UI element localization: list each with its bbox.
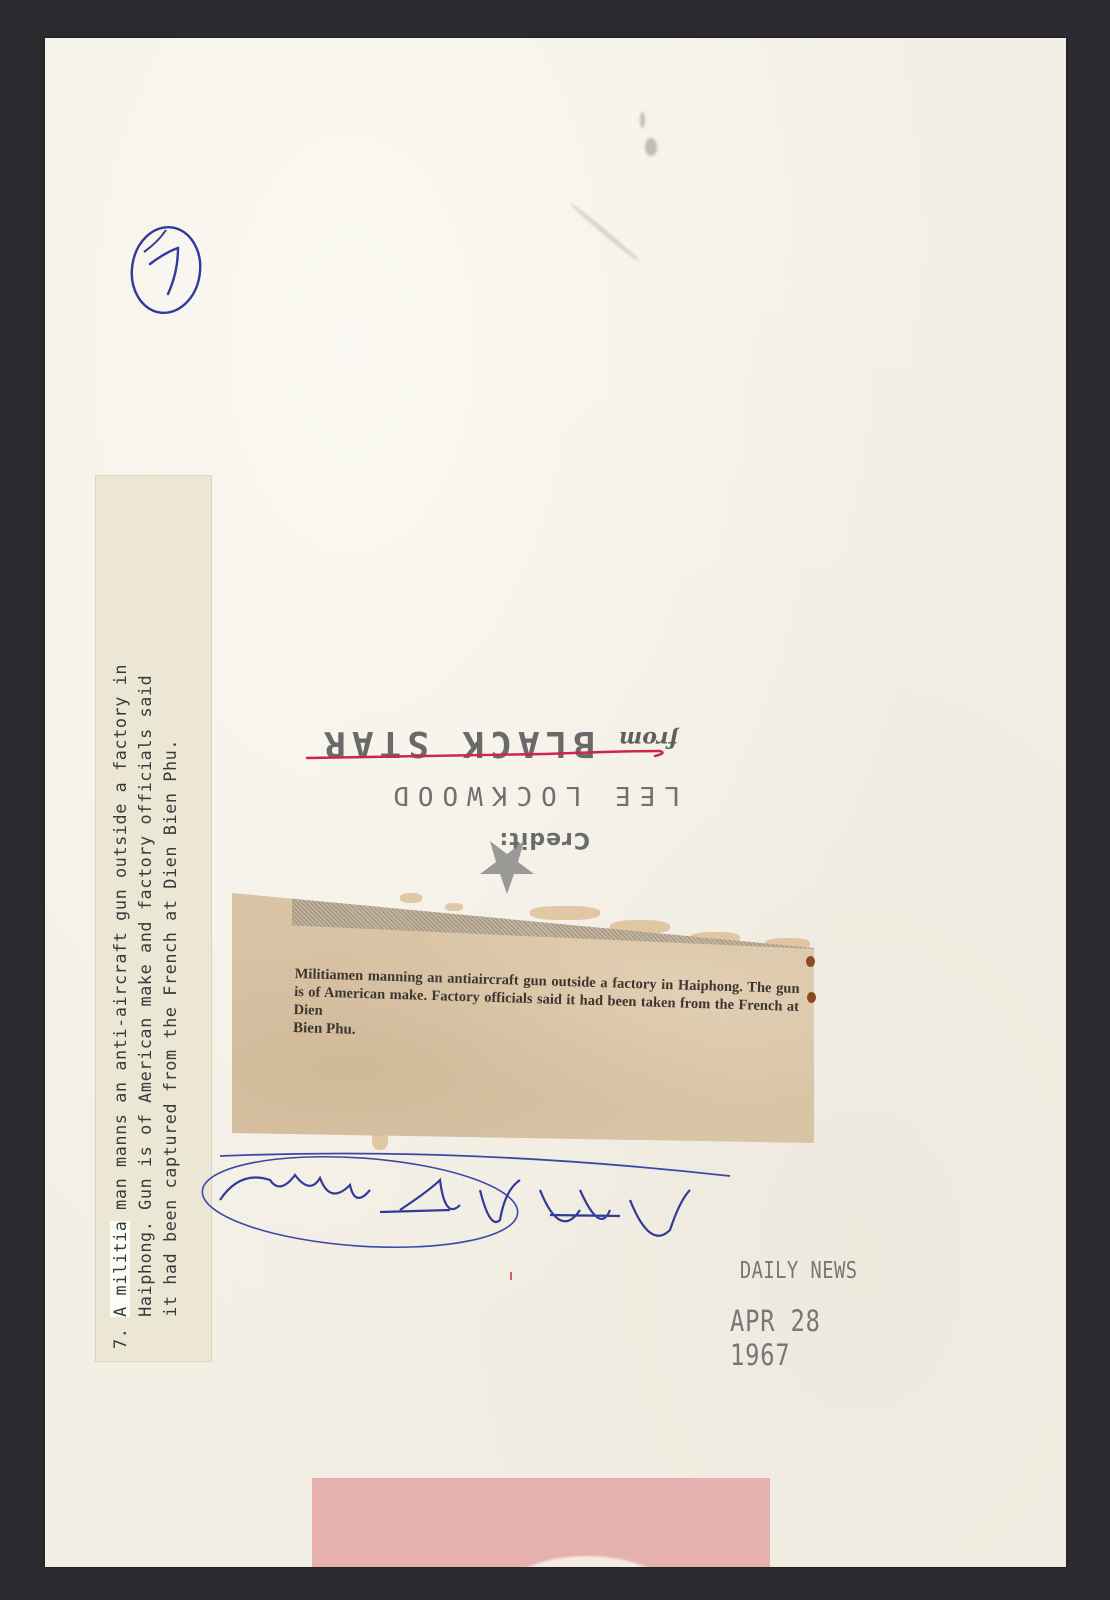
clipping-caption-body: Militiamen manning an antiaircraft gun o… [293,966,799,1019]
caption-highlight: A militia [110,1221,130,1317]
caption-line-1: man manns an anti-aircraft gun outside a… [110,664,130,1221]
circled-number-annotation [128,222,204,318]
pencil-smudge [640,112,645,128]
photographer-name: LEE LOCKWOOD [384,780,680,810]
typed-caption-text: 7. A militia man manns an anti-aircraft … [96,476,211,1361]
red-underline-mark [305,748,670,762]
date-stamp: DAILY NEWS APR 28 1967 [730,1258,878,1372]
star-icon [478,838,536,896]
publication-name: DAILY NEWS [740,1258,878,1284]
caption-number: 7. [110,1317,130,1349]
rust-spot [806,956,815,967]
red-tick-mark [510,1272,512,1280]
clipping-caption-last-line: Bien Phu. [293,1019,798,1052]
pink-tape-remnant [312,1478,770,1567]
handwritten-note-north-viet-nam: North Viet Nam [200,1150,740,1290]
clipping-caption: Militiamen manning an antiaircraft gun o… [293,965,800,1052]
glue-stain [400,893,422,903]
pencil-smudge [645,138,657,156]
publication-date: APR 28 1967 [730,1304,878,1372]
glue-stain [445,903,463,911]
glue-stain [530,906,600,920]
caption-line-3: it had been captured from the French at … [160,739,180,1349]
rust-spot [807,992,816,1003]
typed-caption-strip: 7. A militia man manns an anti-aircraft … [95,475,212,1362]
caption-line-2: Haiphong. Gun is of American make and fa… [135,675,155,1349]
